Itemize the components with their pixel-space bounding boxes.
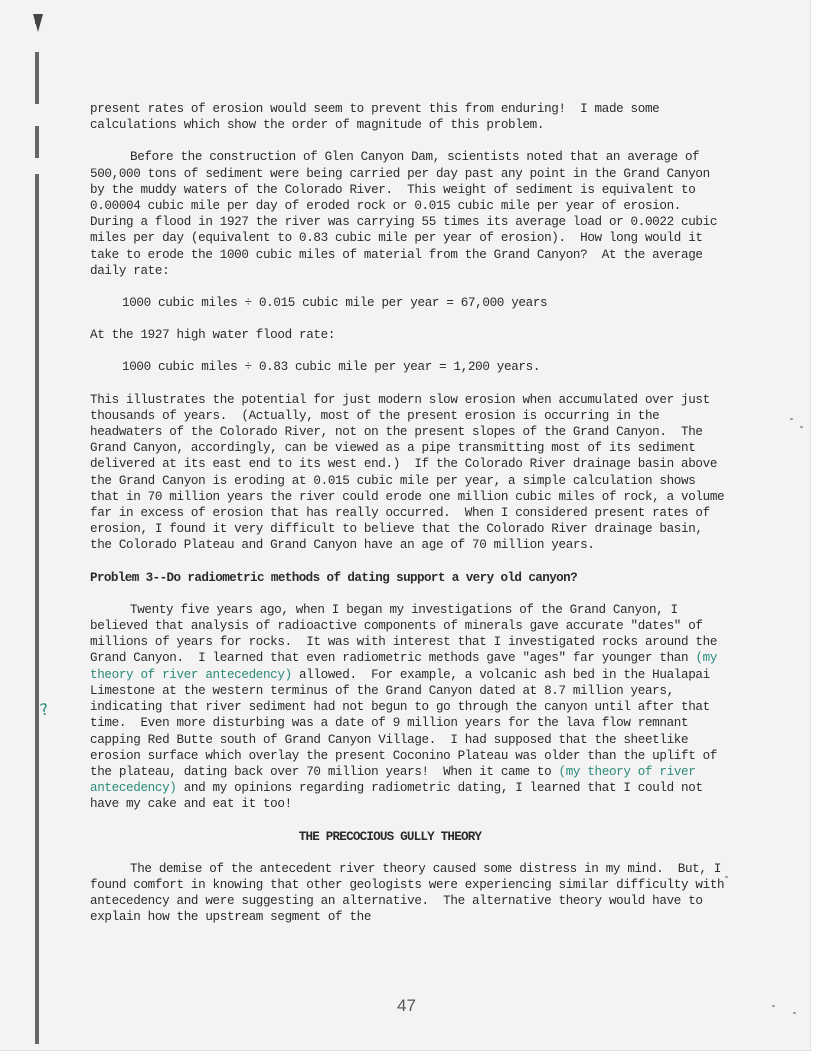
problem-3-heading: Problem 3--Do radiometric methods of dat… — [90, 570, 730, 586]
document-page: ? present rates of erosion would seem to… — [0, 0, 811, 1051]
flood-rate-label: At the 1927 high water flood rate: — [90, 327, 730, 343]
equation-flood-rate: 1000 cubic miles ÷ 0.83 cubic mile per y… — [90, 359, 730, 375]
paragraph-radiometric-part-b: allowed. For example, a volcanic ash bed… — [90, 668, 724, 779]
scan-speck — [790, 418, 793, 420]
paragraph-radiometric-dating: Twenty five years ago, when I began my i… — [90, 602, 730, 813]
scan-speck — [725, 876, 728, 878]
paragraph-sediment-calculation: Before the construction of Glen Canyon D… — [90, 149, 730, 279]
equation-average-rate: 1000 cubic miles ÷ 0.015 cubic mile per … — [90, 295, 730, 311]
document-body: present rates of erosion would seem to p… — [90, 101, 730, 926]
scan-speck — [800, 426, 803, 428]
scan-speck — [772, 1005, 775, 1007]
paragraph-radiometric-part-a: Twenty five years ago, when I began my i… — [90, 603, 724, 666]
margin-handwritten-annotation: ? — [38, 699, 50, 719]
margin-binding-line — [35, 14, 39, 1044]
scan-speck — [793, 1012, 796, 1014]
paragraph-antecedent-demise: The demise of the antecedent river theor… — [90, 861, 730, 926]
page-number: 47 — [397, 996, 416, 1016]
paragraph-erosion-potential: This illustrates the potential for just … — [90, 392, 730, 554]
paragraph-erosion-intro: present rates of erosion would seem to p… — [90, 101, 730, 133]
section-heading-precocious-gully: THE PRECOCIOUS GULLY THEORY — [90, 829, 730, 845]
margin-binding-marker — [33, 14, 43, 32]
paragraph-radiometric-part-c: and my opinions regarding radiometric da… — [90, 781, 710, 811]
